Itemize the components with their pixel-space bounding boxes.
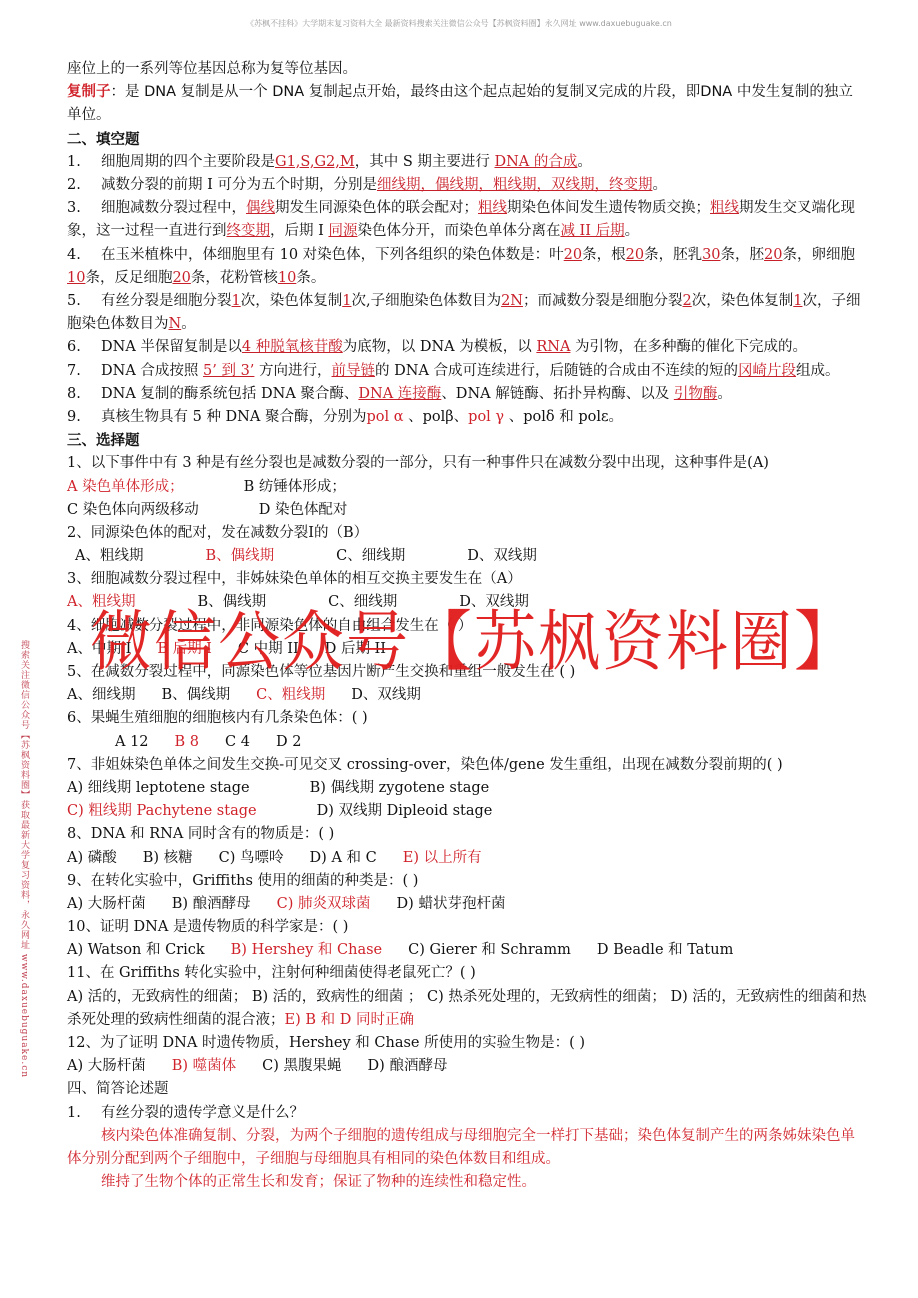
mc-option: A 12 [115,734,149,750]
mc-option: B 纺锤体形成； [244,479,346,495]
mc-question: 12、为了证明 DNA 时遗传物质，Hershey 和 Chase 所使用的实验… [67,1032,867,1055]
mc-options-row: A) 细线期 leptotene stageB) 偶线期 zygotene st… [67,777,867,800]
mc-question: 9、在转化实验中，Griffiths 使用的细菌的种类是：( ) [67,870,867,893]
answer: 粗线 [478,200,507,216]
mc-option: C、粗线期 [256,687,325,703]
mc-question: 11、在 Griffiths 转化实验中，注射何种细菌使得老鼠死亡？( ) [67,962,867,985]
mc-question: 10、证明 DNA 是遗传物质的科学家是：( ) [67,916,867,939]
section-title-short-answer: 四、简答论述题 [67,1078,867,1101]
short-answer-p2: 维持了生物个体的正常生长和发育；保证了物种的连续性和稳定性。 [67,1171,867,1194]
mc-option: D 2 [276,734,301,750]
mc-option: C) 鸟嘌呤 [219,850,284,866]
mc-options-row: A) 大肠杆菌B) 酿酒酵母C) 肺炎双球菌D) 蜡状芽孢杆菌 [67,893,867,916]
short-answer-q1: 1.有丝分裂的遗传学意义是什么？ [67,1102,867,1125]
fill-q4: 4.在玉米植株中，体细胞里有 10 对染色体，下列各组织的染色体数是：叶20条，… [67,244,867,290]
mc-option: C 染色体向两级移动 [67,502,199,518]
mc-option: C) 粗线期 Pachytene stage [67,803,257,819]
mc-options-row: A 染色单体形成；B 纺锤体形成； [67,476,867,499]
answer: 终变期 [227,223,271,239]
term-replicon: 复制子 [67,84,111,100]
mc-option: D、双线期 [351,687,421,703]
mc-option: B) 偶线期 zygotene stage [310,780,490,796]
mc-question: 6、果蝇生殖细胞的细胞核内有几条染色体：( ) [67,707,867,730]
short-answer-p1: 核内染色体准确复制、分裂，为两个子细胞的遗传组成与母细胞完全一样打下基础；染色体… [67,1125,867,1171]
mc-option: B) 酿酒酵母 [172,896,251,912]
fill-q6: 6.DNA 半保留复制是以4 种脱氧核苷酸为底物，以 DNA 为模板，以 RNA… [67,336,867,359]
fill-q9: 9.真核生物具有 5 种 DNA 聚合酶，分别为pol α 、polβ、pol … [67,406,867,429]
answer: DNA 的合成 [494,154,577,170]
mc-options-row: A、细线期B、偶线期C、粗线期D、双线期 [67,684,867,707]
side-watermark: 搜索关注微信公众号【苏枫资料圈】获取最新大学复习资料，永久网址 www.daxu… [18,640,30,1078]
mc-option: A) 细线期 leptotene stage [67,780,250,796]
answer: 细线期，偶线期，粗线期，双线期，终变期 [377,177,653,193]
mc-option: D) A 和 C [310,850,377,866]
mc-option: A、粗线期 [75,548,143,564]
mc-options-row: A) Watson 和 CrickB) Hershey 和 ChaseC) Gi… [67,939,867,962]
mc-options-row: C) 粗线期 Pachytene stageD) 双线期 Dipleoid st… [67,800,867,823]
mc-options-row: A) 磷酸B) 核糖C) 鸟嘌呤D) A 和 CE) 以上所有 [67,847,867,870]
mc-option: B) 噬菌体 [172,1058,236,1074]
mc-option: B、偶线期 [161,687,230,703]
answer: 同源 [328,223,357,239]
fill-q3: 3.细胞减数分裂过程中，偶线期发生同源染色体的联会配对；粗线期染色体间发生遗传物… [67,197,867,243]
mc-option: D) 酿酒酵母 [368,1058,448,1074]
answer: 粗线 [710,200,739,216]
fill-q5: 5.有丝分裂是细胞分裂1次，染色体复制1次,子细胞染色体数目为2N；而减数分裂是… [67,290,867,336]
mc-options-row: A 12B 8C 4D 2 [67,731,867,754]
mc-option: B) 核糖 [143,850,193,866]
mc-options-row: A、粗线期B、偶线期C、细线期D、双线期 [67,545,867,568]
mc-option: D 染色体配对 [259,502,348,518]
mc-question: 7、非姐妹染色单体之间发生交换-可见交叉 crossing-over，染色体/g… [67,754,867,777]
overlay-watermark: 微信公众号【苏枫资料圈】 [90,600,858,684]
answer: G1,S,G2,M [275,154,355,170]
multiple-choice-list: 1、以下事件中有 3 种是有丝分裂也是减数分裂的一部分，只有一种事件只在减数分裂… [67,452,867,1078]
page-header-watermark: 《苏枫不挂科》大学期末复习资料大全 最新资料搜索关注微信公众号【苏枫资料圈】永久… [0,18,918,29]
answer: 减 II 后期 [560,223,624,239]
mc-option: A) 大肠杆菌 [67,896,146,912]
mc-options-row: C 染色体向两级移动D 染色体配对 [67,499,867,522]
mc-option: B、偶线期 [205,548,274,564]
mc-question: 3、细胞减数分裂过程中，非姊妹染色单体的相互交换主要发生在（A） [67,568,867,591]
mc-option: D Beadle 和 Tatum [597,942,733,958]
answer: 偶线 [246,200,275,216]
fill-q7: 7.DNA 合成按照 5’ 到 3’ 方向进行，前导链的 DNA 合成可连续进行… [67,360,867,383]
mc-option: A 染色单体形成； [67,479,184,495]
mc-question: 1、以下事件中有 3 种是有丝分裂也是减数分裂的一部分，只有一种事件只在减数分裂… [67,452,867,475]
mc-option: B 8 [175,734,200,750]
mc-question: 2、同源染色体的配对，发在减数分裂Ⅰ的（B） [67,522,867,545]
fill-q1: 1.细胞周期的四个主要阶段是G1,S,G2,M，其中 S 期主要进行 DNA 的… [67,151,867,174]
intro-line: 座位上的一系列等位基因总称为复等位基因。 [67,58,867,81]
mc-option: D、双线期 [467,548,537,564]
mc-options-row: A) 大肠杆菌B) 噬菌体C) 黑腹果蝇D) 酿酒酵母 [67,1055,867,1078]
fill-q8: 8.DNA 复制的酶系统包括 DNA 聚合酶、DNA 连接酶、DNA 解链酶、拓… [67,383,867,406]
mc-option: A) 磷酸 [67,850,117,866]
mc-question: 8、DNA 和 RNA 同时含有的物质是：( ) [67,823,867,846]
section-title-fill-in: 二、填空题 [67,128,867,151]
mc-option: A) Watson 和 Crick [67,942,205,958]
replicon-definition: 复制子：是 DNA 复制是从一个 DNA 复制起点开始，最终由这个起点起始的复制… [67,81,867,127]
mc-option: B) Hershey 和 Chase [231,942,382,958]
mc-option: A、细线期 [67,687,135,703]
fill-q2: 2.减数分裂的前期 I 可分为五个时期，分别是细线期，偶线期，粗线期，双线期，终… [67,174,867,197]
mc-option: C) Gierer 和 Schramm [408,942,571,958]
mc-option: C、细线期 [336,548,405,564]
mc-option: C) 肺炎双球菌 [277,896,371,912]
mc-option: C) 黑腹果蝇 [262,1058,341,1074]
mc-option: C 4 [225,734,250,750]
mc-option: D) 双线期 Dipleoid stage [317,803,493,819]
mc-option: A) 大肠杆菌 [67,1058,146,1074]
mc-option: D) 蜡状芽孢杆菌 [397,896,506,912]
section-title-multiple-choice: 三、选择题 [67,429,867,452]
mc-options-long: A) 活的，无致病性的细菌； B) 活的，致病性的细菌 ； C) 热杀死处理的，… [67,986,867,1032]
mc-option: E) 以上所有 [403,850,482,866]
